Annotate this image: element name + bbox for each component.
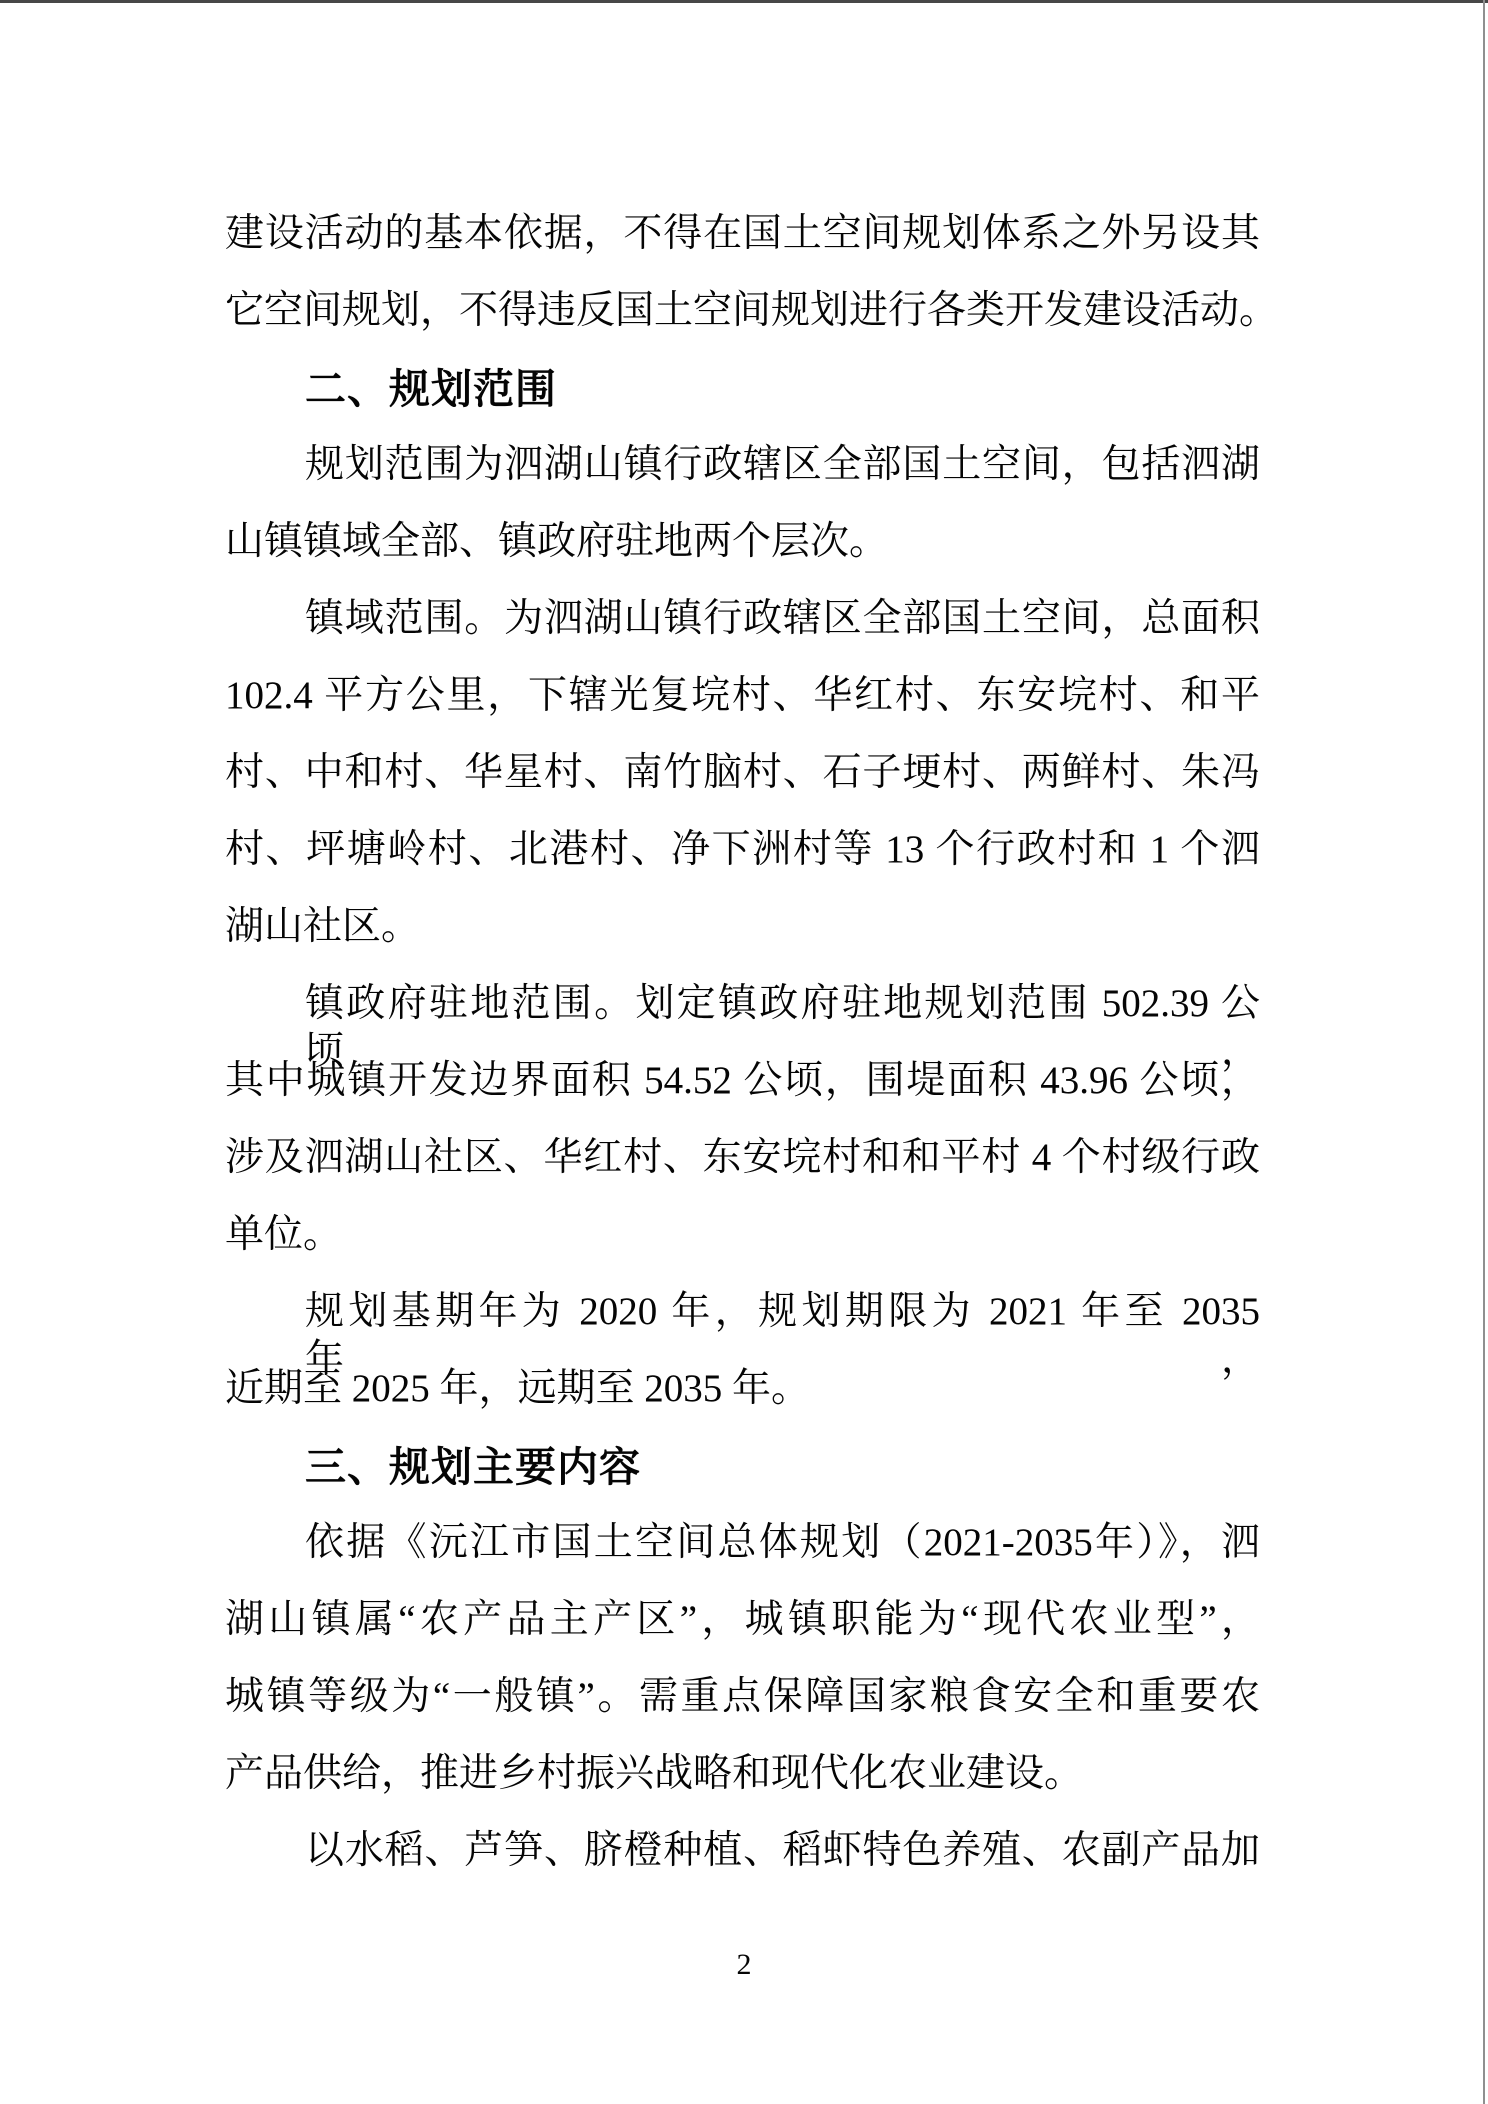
text-line: 以水稻、芦笋、脐橙种植、稻虾特色养殖、农副产品加 — [305, 1827, 1260, 1875]
document-page: 建设活动的基本依据，不得在国土空间规划体系之外另设其 它空间规划，不得违反国土空… — [0, 0, 1488, 2104]
section-heading-2: 二、规划范围 — [305, 364, 1260, 414]
text-line: 它空间规划，不得违反国土空间规划进行各类开发建设活动。 — [225, 287, 1260, 335]
scan-edge-top — [0, 0, 1488, 3]
text-line: 规划范围为泗湖山镇行政辖区全部国土空间，包括泗湖 — [305, 441, 1260, 489]
page-number: 2 — [0, 1948, 1488, 1982]
text-line: 102.4 平方公里，下辖光复垸村、华红村、东安垸村、和平 — [225, 672, 1260, 720]
text-line: 建设活动的基本依据，不得在国土空间规划体系之外另设其 — [225, 210, 1260, 258]
text-line: 湖山社区。 — [225, 903, 1260, 951]
text-line: 产品供给，推进乡村振兴战略和现代化农业建设。 — [225, 1750, 1260, 1798]
text-line: 单位。 — [225, 1211, 1260, 1259]
text-line: 近期至 2025 年，远期至 2035 年。 — [225, 1365, 1260, 1413]
text-line: 镇域范围。为泗湖山镇行政辖区全部国土空间，总面积 — [305, 595, 1260, 643]
text-line: 城镇等级为“一般镇”。需重点保障国家粮食安全和重要农 — [225, 1673, 1260, 1721]
text-line: 依据《沅江市国土空间总体规划（2021-2035年）》，泗 — [305, 1519, 1260, 1567]
text-line: 其中城镇开发边界面积 54.52 公顷，围堤面积 43.96 公顷， — [225, 1057, 1260, 1105]
section-heading-3: 三、规划主要内容 — [305, 1442, 1260, 1492]
text-line: 村、中和村、华星村、南竹脑村、石子埂村、两鲜村、朱冯 — [225, 749, 1260, 797]
text-line: 山镇镇域全部、镇政府驻地两个层次。 — [225, 518, 1260, 566]
text-line: 村、坪塘岭村、北港村、净下洲村等 13 个行政村和 1 个泗 — [225, 826, 1260, 874]
text-line: 湖山镇属“农产品主产区”，城镇职能为“现代农业型”， — [225, 1596, 1260, 1644]
scan-edge-right — [1483, 0, 1485, 2104]
text-line: 涉及泗湖山社区、华红村、东安垸村和和平村 4 个村级行政 — [225, 1134, 1260, 1182]
